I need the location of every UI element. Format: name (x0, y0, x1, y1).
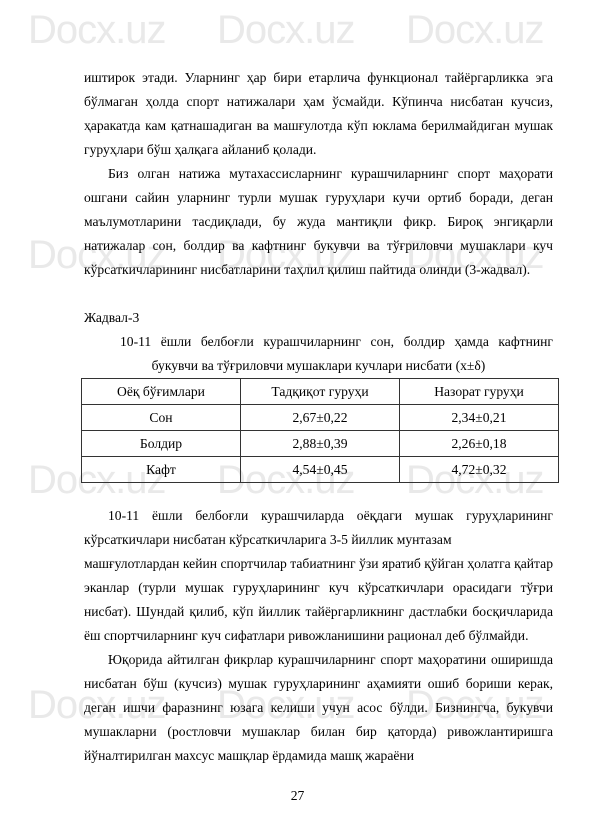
paragraph-conclusion: машғулотлардан кейин спортчилар табиатни… (84, 552, 553, 648)
paragraph-line: 10-11 ёшли белбоғли курашчиларда оёқдаги… (84, 504, 553, 528)
table-cell: Кафт (82, 457, 241, 483)
table-caption-line2: букувчи ва тўғриловчи мушаклари кучлари … (84, 354, 553, 378)
muscle-strength-table: Оёқ бўғимлари Тадқиқот гуруҳи Назорат гу… (81, 378, 559, 483)
paragraph-hypothesis: Юқорида айтилган фикрлар курашчиларнинг … (84, 648, 553, 768)
table-header-cell: Тадқиқот гуруҳи (241, 379, 400, 405)
table-cell: 4,54±0,45 (241, 457, 400, 483)
table-cell: 4,72±0,32 (400, 457, 559, 483)
page-number: 27 (0, 786, 595, 806)
watermark-text: Docx.uz (406, 10, 595, 50)
table-caption: 10-11 ёшли белбоғли курашчиларнинг сон, … (84, 330, 553, 378)
table-label: Жадвал-3 (84, 306, 553, 330)
table-caption-line1: 10-11 ёшли белбоғли курашчиларнинг сон, … (84, 330, 553, 354)
watermark-row: Docx.uz Docx.uz Docx.uz (0, 10, 595, 50)
table-header-cell: Назорат гуруҳи (400, 379, 559, 405)
spacer (84, 282, 553, 306)
watermark-text: Docx.uz (28, 10, 217, 50)
table-header-row: Оёқ бўғимлари Тадқиқот гуруҳи Назорат гу… (82, 379, 559, 405)
table-cell: 2,67±0,22 (241, 405, 400, 431)
table-row: Кафт 4,54±0,45 4,72±0,32 (82, 457, 559, 483)
table-row: Сон 2,67±0,22 2,34±0,21 (82, 405, 559, 431)
watermark-text: Docx.uz (217, 10, 406, 50)
document-body-bottom: 10-11 ёшли белбоғли курашчиларда оёқдаги… (84, 504, 553, 768)
table-cell: 2,26±0,18 (400, 431, 559, 457)
table-row: Болдир 2,88±0,39 2,26±0,18 (82, 431, 559, 457)
table-cell: 2,88±0,39 (241, 431, 400, 457)
table-cell: 2,34±0,21 (400, 405, 559, 431)
paragraph-results: Биз олган натижа мутахассисларнинг кураш… (84, 162, 553, 282)
table-header-cell: Оёқ бўғимлари (82, 379, 241, 405)
paragraph-continuation: иштирок этади. Уларнинг ҳар бири етарлич… (84, 66, 553, 162)
paragraph-line: кўрсаткичлари нисбатан кўрсаткичларига 3… (84, 528, 553, 552)
document-body-top: иштирок этади. Уларнинг ҳар бири етарлич… (84, 66, 553, 378)
table-cell: Болдир (82, 431, 241, 457)
table-cell: Сон (82, 405, 241, 431)
